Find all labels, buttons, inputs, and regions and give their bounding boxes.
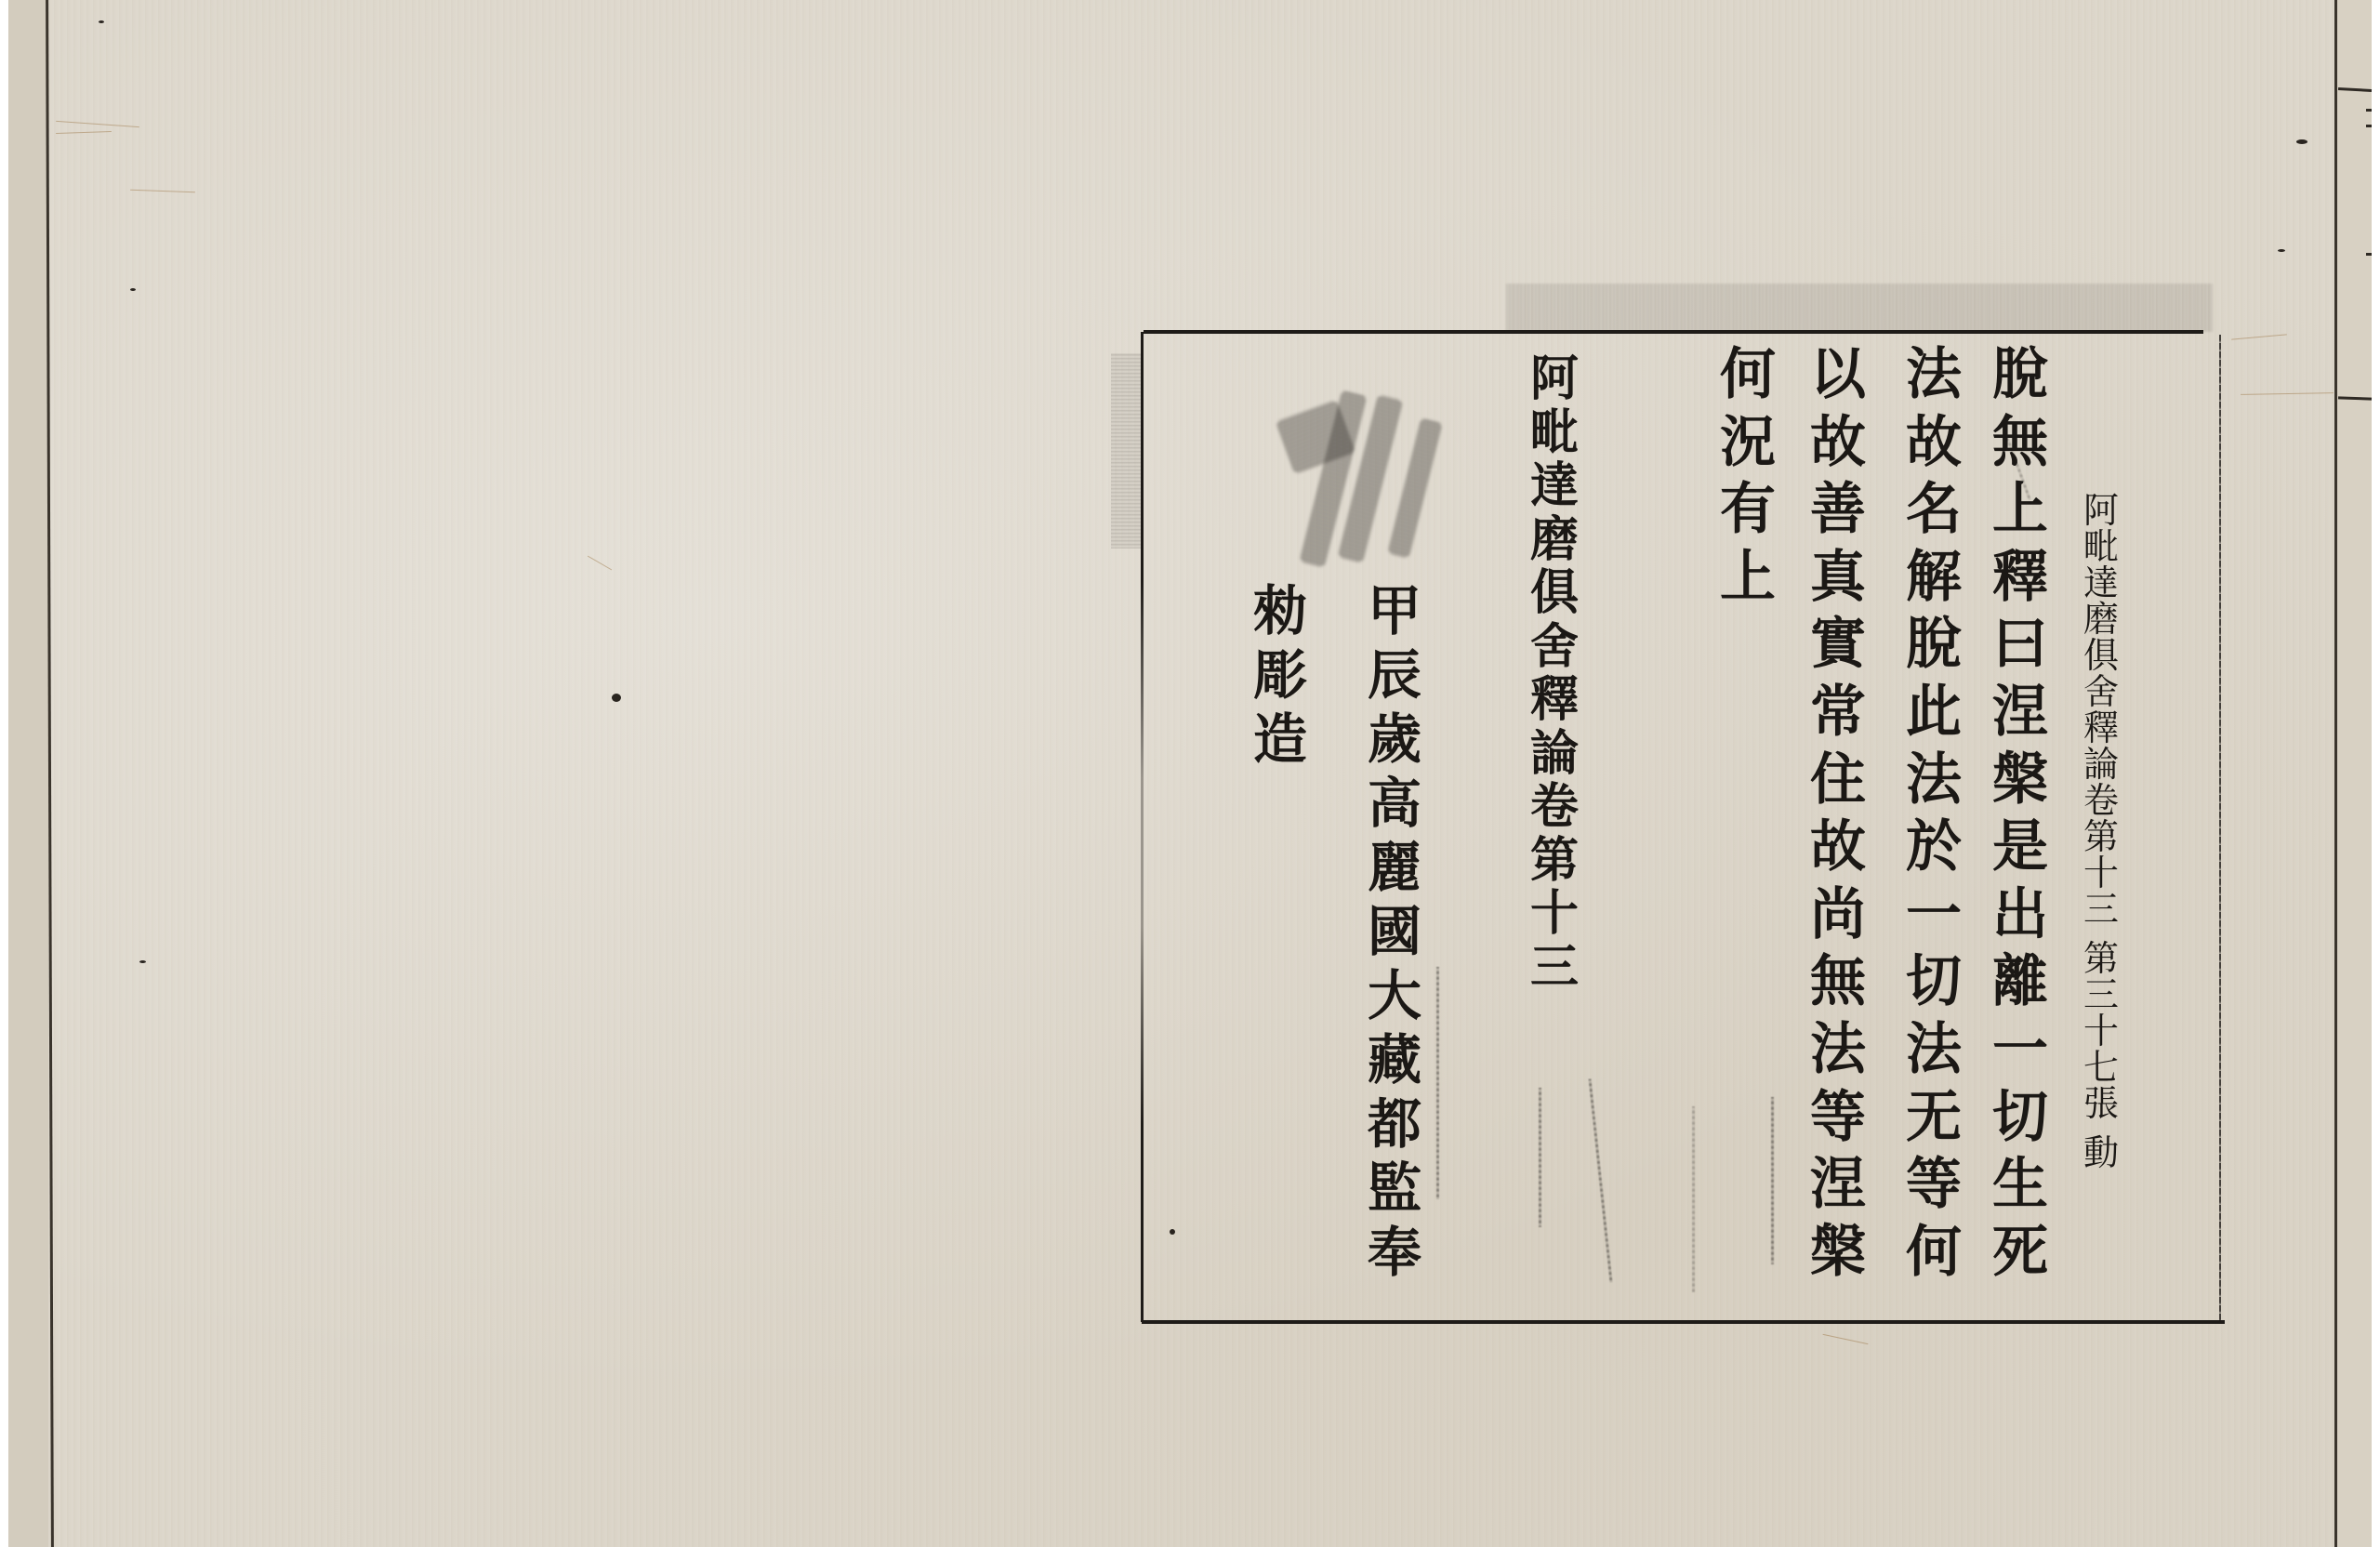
glyph: 造 bbox=[1249, 712, 1312, 776]
glyph: 槃 bbox=[1987, 752, 2054, 820]
glyph: 出 bbox=[1987, 887, 2054, 955]
glyph: 阿 bbox=[1525, 355, 1584, 409]
block-frame-left bbox=[1141, 332, 1144, 1322]
glyph: 故 bbox=[1805, 415, 1871, 483]
glyph: 於 bbox=[1900, 819, 1967, 887]
glyph: 勑 bbox=[1249, 584, 1312, 648]
block-frame-bottom bbox=[1142, 1320, 2225, 1324]
glyph: 離 bbox=[1987, 954, 2054, 1022]
glyph: 名 bbox=[1900, 482, 1967, 549]
glyph: 法 bbox=[1805, 1022, 1871, 1090]
glyph: 涅 bbox=[1805, 1157, 1871, 1224]
glyph: 阿 bbox=[2078, 493, 2124, 529]
glyph: 切 bbox=[1987, 1090, 2054, 1157]
glyph: 實 bbox=[1805, 616, 1871, 684]
glyph: 解 bbox=[1900, 549, 1967, 617]
body-column-text: 以故善真實常住故尚無法等涅槃 bbox=[1805, 347, 1871, 1291]
glyph: 一 bbox=[1987, 1022, 2054, 1090]
glyph: 上 bbox=[1714, 549, 1781, 617]
glyph: 故 bbox=[1900, 415, 1967, 483]
edge-ink-mark bbox=[2366, 125, 2372, 127]
glyph: 切 bbox=[1900, 954, 1967, 1022]
glyph: 十 bbox=[2078, 855, 2124, 892]
ghost-line bbox=[1436, 967, 1439, 1199]
glyph: 三 bbox=[2078, 892, 2124, 928]
paper-speck bbox=[1170, 1229, 1175, 1235]
glyph: 舍 bbox=[1525, 623, 1584, 677]
glyph: 住 bbox=[1805, 752, 1871, 820]
glyph: 都 bbox=[1363, 1097, 1426, 1161]
glyph: 曰 bbox=[1987, 616, 2054, 684]
glyph: 尚 bbox=[1805, 887, 1871, 955]
glyph: 等 bbox=[1805, 1090, 1871, 1157]
glyph: 論 bbox=[2078, 747, 2124, 783]
margin-header: 阿毗達磨俱舍釋論卷第十三 第三十七張 動 bbox=[2078, 493, 2124, 1171]
margin-carver-mark: 動 bbox=[2078, 1135, 2124, 1171]
paper-speck bbox=[139, 960, 146, 963]
block-frame-top bbox=[1144, 330, 2203, 334]
glyph: 真 bbox=[1805, 549, 1871, 617]
block-frame-right bbox=[2219, 335, 2221, 1322]
glyph: 以 bbox=[1805, 347, 1871, 415]
body-column-text: 脫無上釋曰涅槃是出離一切生死 bbox=[1987, 347, 2054, 1291]
glyph: 達 bbox=[1525, 462, 1584, 516]
glyph: 歲 bbox=[1363, 712, 1426, 776]
glyph: 是 bbox=[1987, 819, 2054, 887]
glyph: 張 bbox=[2078, 1086, 2124, 1122]
right-fold-line bbox=[2334, 0, 2337, 1547]
glyph: 此 bbox=[1900, 684, 1967, 752]
glyph: 辰 bbox=[1363, 648, 1426, 712]
scanned-page: 阿毗達磨俱舍釋論卷第十三 第三十七張 動 脫無上釋曰涅槃是出離一切生死 法故名解… bbox=[0, 0, 2380, 1547]
body-column-2: 法故名解脫此法於一切法无等何 bbox=[1900, 347, 1967, 1291]
glyph: 第 bbox=[2078, 819, 2124, 855]
body-column-text: 何況有上 bbox=[1714, 347, 1781, 616]
volume-title-text: 阿毗達磨俱舍釋論卷第十三 bbox=[1525, 355, 1584, 997]
ghost-line bbox=[1692, 1106, 1695, 1292]
glyph: 監 bbox=[1363, 1161, 1426, 1225]
paper-speck bbox=[130, 288, 136, 291]
glyph: 高 bbox=[1363, 776, 1426, 840]
glyph: 三 bbox=[2078, 977, 2124, 1013]
margin-title: 阿毗達磨俱舍釋論卷第十三 bbox=[2078, 493, 2124, 928]
glyph: 達 bbox=[2078, 565, 2124, 602]
glyph: 善 bbox=[1805, 482, 1871, 549]
glyph: 常 bbox=[1805, 684, 1871, 752]
glyph: 毗 bbox=[2078, 529, 2124, 565]
glyph: 國 bbox=[1363, 905, 1426, 969]
edge-ink-mark bbox=[2366, 253, 2372, 256]
glyph: 磨 bbox=[1525, 516, 1584, 570]
carving-statement-text: 甲辰歲高麗國大藏都監奉 bbox=[1363, 584, 1426, 1289]
glyph: 三 bbox=[1525, 944, 1584, 998]
glyph: 藏 bbox=[1363, 1033, 1426, 1097]
glyph: 何 bbox=[1714, 347, 1781, 415]
glyph: 論 bbox=[1525, 730, 1584, 784]
edge-ink-mark bbox=[2366, 109, 2372, 112]
glyph: 磨 bbox=[2078, 602, 2124, 638]
ink-smudge-blob bbox=[1264, 381, 1469, 576]
glyph: 法 bbox=[1900, 1022, 1967, 1090]
glyph: 舍 bbox=[2078, 674, 2124, 710]
paper-speck bbox=[2278, 249, 2285, 252]
glyph: 无 bbox=[1900, 1090, 1967, 1157]
ghost-line bbox=[1771, 1097, 1774, 1264]
colophon-carving-statement: 甲辰歲高麗國大藏都監奉 bbox=[1363, 584, 1426, 1289]
glyph: 釋 bbox=[2078, 710, 2124, 747]
glyph: 奉 bbox=[1363, 1225, 1426, 1289]
glyph: 脫 bbox=[1987, 347, 2054, 415]
glyph: 麗 bbox=[1363, 840, 1426, 905]
glyph: 況 bbox=[1714, 415, 1781, 483]
glyph: 有 bbox=[1714, 482, 1781, 549]
imperial-order-text: 勑彫造 bbox=[1249, 584, 1312, 776]
ink-smudge-left bbox=[1111, 353, 1142, 549]
body-column-1: 脫無上釋曰涅槃是出離一切生死 bbox=[1987, 347, 2054, 1291]
glyph: 死 bbox=[1987, 1224, 2054, 1292]
glyph: 涅 bbox=[1987, 684, 2054, 752]
glyph: 一 bbox=[1900, 887, 1967, 955]
paper-speck bbox=[612, 694, 621, 702]
glyph: 大 bbox=[1363, 969, 1426, 1033]
glyph: 無 bbox=[1805, 954, 1871, 1022]
glyph: 釋 bbox=[1987, 549, 2054, 617]
glyph: 何 bbox=[1900, 1224, 1967, 1292]
glyph: 卷 bbox=[1525, 783, 1584, 837]
glyph: 故 bbox=[1805, 819, 1871, 887]
body-column-4: 何況有上 bbox=[1714, 347, 1781, 616]
glyph: 法 bbox=[1900, 347, 1967, 415]
left-binding-strip bbox=[8, 0, 48, 1547]
glyph: 卷 bbox=[2078, 783, 2124, 819]
glyph: 俱 bbox=[1525, 569, 1584, 623]
margin-sheet-number: 第三十七張 bbox=[2078, 941, 2124, 1122]
glyph: 法 bbox=[1900, 752, 1967, 820]
body-column-text: 法故名解脫此法於一切法无等何 bbox=[1900, 347, 1967, 1291]
glyph: 十 bbox=[2078, 1013, 2124, 1050]
glyph: 第 bbox=[1525, 837, 1584, 891]
colophon-volume-title: 阿毗達磨俱舍釋論卷第十三 bbox=[1525, 355, 1584, 997]
glyph: 釋 bbox=[1525, 676, 1584, 730]
glyph: 無 bbox=[1987, 415, 2054, 483]
ink-smudge-top bbox=[1506, 284, 2213, 332]
glyph: 俱 bbox=[2078, 638, 2124, 674]
glyph: 七 bbox=[2078, 1050, 2124, 1086]
glyph: 十 bbox=[1525, 890, 1584, 944]
body-column-3: 以故善真實常住故尚無法等涅槃 bbox=[1805, 347, 1871, 1291]
glyph: 彫 bbox=[1249, 648, 1312, 712]
glyph: 等 bbox=[1900, 1157, 1967, 1224]
paper-speck bbox=[99, 20, 104, 23]
glyph: 上 bbox=[1987, 482, 2054, 549]
paper-speck bbox=[2296, 139, 2307, 144]
ghost-line bbox=[1539, 1088, 1541, 1227]
glyph: 毗 bbox=[1525, 409, 1584, 463]
glyph: 生 bbox=[1987, 1157, 2054, 1224]
glyph: 甲 bbox=[1363, 584, 1426, 648]
glyph: 動 bbox=[2078, 1135, 2124, 1171]
colophon-imperial-order: 勑彫造 bbox=[1249, 584, 1312, 776]
right-binding-strip bbox=[2337, 0, 2372, 1547]
glyph: 第 bbox=[2078, 941, 2124, 977]
glyph: 脫 bbox=[1900, 616, 1967, 684]
glyph: 槃 bbox=[1805, 1224, 1871, 1292]
